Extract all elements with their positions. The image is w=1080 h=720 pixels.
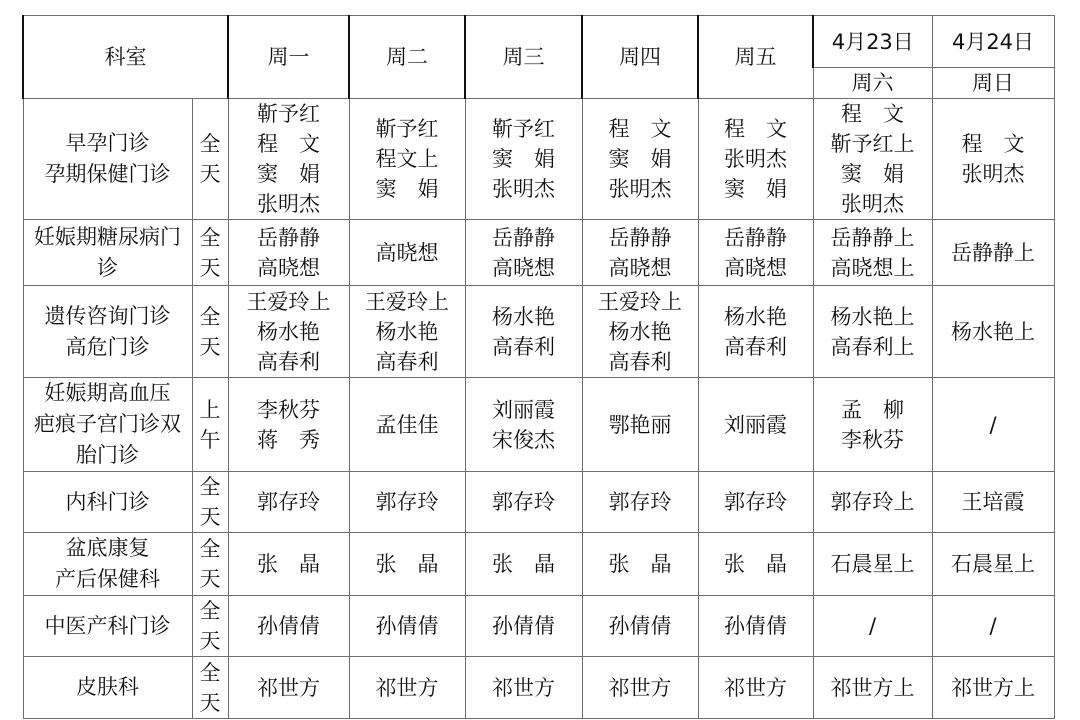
doctor-name: 孟佳佳 [376,410,439,440]
doctor-list: 孙倩倩 [257,611,320,641]
schedule-table: 科室 周一 周二 周三 周四 周五 4月23日 4月24日 周六 周日 早孕门诊… [22,15,1055,719]
doctor-list: 岳静静高晓想 [257,223,320,283]
header-day-tue: 周二 [349,16,465,99]
doctor-cell-thu: 王爱玲上杨水艳高春利 [582,286,698,378]
doctor-list: 张 晶 [724,549,787,579]
doctor-name: 刘丽霞 [724,410,787,440]
doctor-list: 杨水艳上 [951,317,1035,347]
doctor-cell-wed: 靳予红窦 娟张明杰 [465,99,582,220]
doctor-cell-wed: 祁世方 [465,657,582,719]
doctor-name: 高晓想 [492,253,555,283]
doctor-name: 高春利 [365,347,449,377]
doctor-name: 高晓想上 [831,253,915,283]
doctor-name: 杨水艳上 [831,302,915,332]
doctor-name: 张 晶 [724,549,787,579]
doctor-name: 靳予红上 [831,129,915,159]
doctor-list: 杨水艳上高春利上 [831,302,915,362]
doctor-list: 郭存玲 [492,487,555,517]
doctor-name: 张明杰 [724,144,787,174]
doctor-cell-sun: 祁世方上 [932,657,1054,719]
doctor-list: 杨水艳高春利 [724,302,787,362]
doctor-list: 祁世方 [257,673,320,703]
doctor-name: 程 文 [609,114,672,144]
doctor-cell-sat: / [813,596,932,657]
session-period-label: 全天 [199,472,221,532]
doctor-list: 高晓想 [376,238,439,268]
doctor-list: 鄂艳丽 [609,410,672,440]
doctor-cell-mon: 祁世方 [228,657,349,719]
doctor-cell-fri: 程 文张明杰窦 娟 [698,99,813,220]
doctor-cell-sun: 岳静静上 [932,220,1054,286]
doctor-list: 张 晶 [257,549,320,579]
doctor-list: 郭存玲上 [831,487,915,517]
doctor-cell-tue: 高晓想 [349,220,465,286]
doctor-cell-fri: 张 晶 [698,533,813,596]
doctor-name: 高晓想 [609,253,672,283]
doctor-cell-thu: 岳静静高晓想 [582,220,698,286]
dept-name-line: 高危门诊 [24,332,192,363]
doctor-name: 张 晶 [609,549,672,579]
doctor-name: 宋俊杰 [492,425,555,455]
dept-name-line: 妊娠期高血压 [24,378,192,409]
doctor-list: / [989,410,996,440]
doctor-name: 孟 柳 [841,395,904,425]
schedule-row: 遗传咨询门诊高危门诊全天王爱玲上杨水艳高春利王爱玲上杨水艳高春利杨水艳高春利王爱… [23,286,1054,378]
session-period-label: 全天 [199,129,221,189]
doctor-list: 孙倩倩 [492,611,555,641]
doctor-name: 高春利上 [831,332,915,362]
doctor-list: 王爱玲上杨水艳高春利 [365,287,449,377]
dept-name-cell: 妊娠期高血压疤痕子宫门诊双胎门诊 [23,378,192,472]
doctor-name: 孙倩倩 [724,611,787,641]
doctor-list: 刘丽霞 [724,410,787,440]
doctor-cell-fri: 岳静静高晓想 [698,220,813,286]
header-dept: 科室 [23,16,228,99]
doctor-cell-thu: 孙倩倩 [582,596,698,657]
doctor-list: 张 晶 [376,549,439,579]
doctor-name: 杨水艳 [598,317,682,347]
doctor-name: 岳静静 [609,223,672,253]
doctor-name: 郭存玲上 [831,487,915,517]
doctor-cell-mon: 李秋芬蒋 秀 [228,378,349,472]
session-period-label: 全天 [199,534,221,594]
doctor-name: 窦 娟 [724,174,787,204]
doctor-name: 郭存玲 [609,487,672,517]
doctor-name: 杨水艳上 [951,317,1035,347]
doctor-cell-sun: 程 文张明杰 [932,99,1054,220]
doctor-list: 郭存玲 [376,487,439,517]
doctor-name: 祁世方 [376,673,439,703]
doctor-cell-thu: 程 文窦 娟张明杰 [582,99,698,220]
doctor-name: 窦 娟 [257,159,320,189]
doctor-list: 张 晶 [492,549,555,579]
doctor-list: 靳予红程 文窦 娟张明杰 [257,99,320,219]
doctor-cell-sun: / [932,378,1054,472]
doctor-name: 窦 娟 [492,144,555,174]
doctor-name: 李秋芬 [257,395,320,425]
doctor-cell-tue: 王爱玲上杨水艳高春利 [349,286,465,378]
doctor-cell-fri: 孙倩倩 [698,596,813,657]
doctor-cell-mon: 孙倩倩 [228,596,349,657]
doctor-name: 李秋芬 [841,425,904,455]
doctor-name: 高晓想 [257,253,320,283]
doctor-name: 张 晶 [376,549,439,579]
doctor-cell-wed: 张 晶 [465,533,582,596]
doctor-name: 岳静静上 [831,223,915,253]
doctor-cell-sat: 孟 柳李秋芬 [813,378,932,472]
doctor-name: 岳静静上 [951,238,1035,268]
dept-name-line: 妊娠期糖尿病门 [24,222,192,253]
doctor-name: 孙倩倩 [376,611,439,641]
dept-name-line: 疤痕子宫门诊双 [24,409,192,440]
doctor-list: 张 晶 [609,549,672,579]
doctor-name: 靳予红 [376,114,439,144]
doctor-name: 窦 娟 [376,174,439,204]
doctor-cell-thu: 郭存玲 [582,472,698,533]
doctor-list: / [989,611,996,641]
doctor-name: / [989,410,996,440]
header-day-sat: 周六 [813,68,932,99]
doctor-name: 张明杰 [831,189,915,219]
session-period-label: 全天 [199,302,221,362]
doctor-name: 王爱玲上 [247,287,331,317]
doctor-cell-thu: 张 晶 [582,533,698,596]
session-period-label: 全天 [199,658,221,718]
doctor-name: 蒋 秀 [257,425,320,455]
doctor-cell-tue: 孟佳佳 [349,378,465,472]
doctor-list: 杨水艳高春利 [492,302,555,362]
doctor-cell-sat: 祁世方上 [813,657,932,719]
dept-name-line: 胎门诊 [24,440,192,471]
doctor-name: 高晓想 [376,238,439,268]
dept-name-cell: 中医产科门诊 [23,596,192,657]
header-day-fri: 周五 [698,16,813,99]
doctor-list: 郭存玲 [257,487,320,517]
doctor-name: 窦 娟 [609,144,672,174]
header-date-sun: 4月24日 [932,16,1054,68]
header-date-sat: 4月23日 [813,16,932,68]
doctor-cell-wed: 杨水艳高春利 [465,286,582,378]
doctor-cell-sun: 石晨星上 [932,533,1054,596]
dept-name-cell: 妊娠期糖尿病门诊 [23,220,192,286]
doctor-cell-fri: 刘丽霞 [698,378,813,472]
dept-name-line: 产后保健科 [24,564,192,595]
doctor-list: 祁世方 [724,673,787,703]
session-period-label: 上午 [199,395,221,455]
doctor-list: 王爱玲上杨水艳高春利 [247,287,331,377]
doctor-name: 张 晶 [257,549,320,579]
doctor-name: 杨水艳 [365,317,449,347]
doctor-cell-wed: 岳静静高晓想 [465,220,582,286]
doctor-list: 孙倩倩 [376,611,439,641]
doctor-list: 孟 柳李秋芬 [841,395,904,455]
dept-name-cell: 遗传咨询门诊高危门诊 [23,286,192,378]
header-day-thu: 周四 [582,16,698,99]
doctor-name: 窦 娟 [831,159,915,189]
doctor-cell-fri: 祁世方 [698,657,813,719]
dept-name-line: 中医产科门诊 [24,611,192,642]
session-period-cell: 全天 [192,596,228,657]
dept-name-line: 内科门诊 [24,487,192,518]
doctor-name: 杨水艳 [492,302,555,332]
doctor-name: 祁世方上 [831,673,915,703]
doctor-list: 靳予红程文上窦 娟 [376,114,439,204]
doctor-list: 刘丽霞宋俊杰 [492,395,555,455]
session-period-label: 全天 [199,596,221,656]
session-period-label: 全天 [199,223,221,283]
doctor-cell-fri: 杨水艳高春利 [698,286,813,378]
doctor-list: 岳静静高晓想 [492,223,555,283]
doctor-name: 石晨星上 [951,549,1035,579]
doctor-cell-tue: 靳予红程文上窦 娟 [349,99,465,220]
doctor-name: 张明杰 [257,189,320,219]
doctor-name: 靳予红 [492,114,555,144]
doctor-name: 程 文 [724,114,787,144]
dept-name-line: 盆底康复 [24,533,192,564]
doctor-list: 石晨星上 [831,549,915,579]
doctor-list: 孟佳佳 [376,410,439,440]
doctor-name: 岳静静 [257,223,320,253]
doctor-name: 郭存玲 [724,487,787,517]
doctor-name: 张明杰 [492,174,555,204]
doctor-list: 程 文窦 娟张明杰 [609,114,672,204]
doctor-name: 程文上 [376,144,439,174]
doctor-cell-wed: 孙倩倩 [465,596,582,657]
dept-name-line: 诊 [24,253,192,284]
doctor-cell-mon: 岳静静高晓想 [228,220,349,286]
doctor-list: 孙倩倩 [609,611,672,641]
doctor-name: 高春利 [247,347,331,377]
doctor-name: 高春利 [492,332,555,362]
doctor-list: / [869,611,876,641]
doctor-cell-tue: 张 晶 [349,533,465,596]
doctor-name: 王培霞 [962,487,1025,517]
doctor-list: 祁世方上 [831,673,915,703]
schedule-row: 妊娠期糖尿病门诊全天岳静静高晓想高晓想岳静静高晓想岳静静高晓想岳静静高晓想岳静静… [23,220,1054,286]
session-period-cell: 全天 [192,286,228,378]
doctor-cell-sat: 程 文靳予红上窦 娟张明杰 [813,99,932,220]
doctor-cell-tue: 孙倩倩 [349,596,465,657]
doctor-name: 孙倩倩 [257,611,320,641]
session-period-cell: 全天 [192,657,228,719]
doctor-list: 李秋芬蒋 秀 [257,395,320,455]
header-day-mon: 周一 [228,16,349,99]
doctor-list: 程 文靳予红上窦 娟张明杰 [831,99,915,219]
session-period-cell: 全天 [192,220,228,286]
doctor-cell-sun: / [932,596,1054,657]
doctor-cell-tue: 祁世方 [349,657,465,719]
doctor-list: 祁世方 [492,673,555,703]
doctor-name: 孙倩倩 [609,611,672,641]
doctor-name: 张明杰 [609,174,672,204]
doctor-name: 程 文 [962,129,1025,159]
schedule-row: 中医产科门诊全天孙倩倩孙倩倩孙倩倩孙倩倩孙倩倩// [23,596,1054,657]
doctor-cell-wed: 刘丽霞宋俊杰 [465,378,582,472]
doctor-name: 岳静静 [492,223,555,253]
doctor-cell-mon: 靳予红程 文窦 娟张明杰 [228,99,349,220]
doctor-cell-thu: 祁世方 [582,657,698,719]
doctor-name: 张明杰 [962,159,1025,189]
doctor-name: 王爱玲上 [598,287,682,317]
doctor-name: 靳予红 [257,99,320,129]
doctor-list: 靳予红窦 娟张明杰 [492,114,555,204]
session-period-cell: 全天 [192,472,228,533]
doctor-cell-sun: 杨水艳上 [932,286,1054,378]
dept-name-cell: 盆底康复产后保健科 [23,533,192,596]
doctor-list: 祁世方 [376,673,439,703]
doctor-list: 郭存玲 [609,487,672,517]
doctor-list: 石晨星上 [951,549,1035,579]
doctor-cell-sat: 杨水艳上高春利上 [813,286,932,378]
doctor-cell-sat: 岳静静上高晓想上 [813,220,932,286]
header-day-sun: 周日 [932,68,1054,99]
doctor-name: 祁世方 [257,673,320,703]
doctor-cell-mon: 郭存玲 [228,472,349,533]
doctor-name: 杨水艳 [247,317,331,347]
doctor-list: 祁世方 [609,673,672,703]
dept-name-line: 早孕门诊 [24,128,192,159]
session-period-cell: 全天 [192,533,228,596]
doctor-name: 高春利 [598,347,682,377]
doctor-name: 程 文 [831,99,915,129]
doctor-cell-sun: 王培霞 [932,472,1054,533]
doctor-list: 王爱玲上杨水艳高春利 [598,287,682,377]
doctor-list: 孙倩倩 [724,611,787,641]
doctor-name: 鄂艳丽 [609,410,672,440]
schedule-row: 皮肤科全天祁世方祁世方祁世方祁世方祁世方祁世方上祁世方上 [23,657,1054,719]
session-period-cell: 全天 [192,99,228,220]
doctor-list: 岳静静高晓想 [609,223,672,283]
doctor-name: 祁世方 [724,673,787,703]
doctor-name: 杨水艳 [724,302,787,332]
doctor-name: / [869,611,876,641]
doctor-cell-sat: 郭存玲上 [813,472,932,533]
doctor-cell-tue: 郭存玲 [349,472,465,533]
doctor-name: 王爱玲上 [365,287,449,317]
doctor-name: 郭存玲 [257,487,320,517]
doctor-cell-mon: 张 晶 [228,533,349,596]
schedule-row: 早孕门诊孕期保健门诊全天靳予红程 文窦 娟张明杰靳予红程文上窦 娟靳予红窦 娟张… [23,99,1054,220]
doctor-name: 孙倩倩 [492,611,555,641]
schedule-row: 内科门诊全天郭存玲郭存玲郭存玲郭存玲郭存玲郭存玲上王培霞 [23,472,1054,533]
doctor-list: 岳静静高晓想 [724,223,787,283]
doctor-list: 岳静静上 [951,238,1035,268]
doctor-name: 郭存玲 [376,487,439,517]
doctor-name: 高晓想 [724,253,787,283]
doctor-name: 高春利 [724,332,787,362]
doctor-name: / [989,611,996,641]
dept-name-cell: 皮肤科 [23,657,192,719]
doctor-cell-thu: 鄂艳丽 [582,378,698,472]
doctor-list: 祁世方上 [951,673,1035,703]
dept-name-cell: 内科门诊 [23,472,192,533]
doctor-name: 岳静静 [724,223,787,253]
dept-name-line: 皮肤科 [24,672,192,703]
doctor-list: 郭存玲 [724,487,787,517]
doctor-cell-wed: 郭存玲 [465,472,582,533]
schedule-row: 妊娠期高血压疤痕子宫门诊双胎门诊上午李秋芬蒋 秀孟佳佳刘丽霞宋俊杰鄂艳丽刘丽霞孟… [23,378,1054,472]
doctor-name: 张 晶 [492,549,555,579]
dept-name-line: 遗传咨询门诊 [24,301,192,332]
doctor-list: 程 文张明杰 [962,129,1025,189]
doctor-cell-sat: 石晨星上 [813,533,932,596]
header-day-wed: 周三 [465,16,582,99]
doctor-name: 石晨星上 [831,549,915,579]
dept-name-cell: 早孕门诊孕期保健门诊 [23,99,192,220]
dept-name-line: 孕期保健门诊 [24,159,192,190]
doctor-cell-fri: 郭存玲 [698,472,813,533]
doctor-name: 程 文 [257,129,320,159]
session-period-cell: 上午 [192,378,228,472]
doctor-name: 郭存玲 [492,487,555,517]
doctor-list: 程 文张明杰窦 娟 [724,114,787,204]
doctor-name: 刘丽霞 [492,395,555,425]
doctor-name: 祁世方上 [951,673,1035,703]
doctor-name: 祁世方 [492,673,555,703]
doctor-name: 祁世方 [609,673,672,703]
doctor-cell-mon: 王爱玲上杨水艳高春利 [228,286,349,378]
header-row-top: 科室 周一 周二 周三 周四 周五 4月23日 4月24日 [23,16,1054,68]
doctor-list: 王培霞 [962,487,1025,517]
doctor-list: 岳静静上高晓想上 [831,223,915,283]
schedule-row: 盆底康复产后保健科全天张 晶张 晶张 晶张 晶张 晶石晨星上石晨星上 [23,533,1054,596]
